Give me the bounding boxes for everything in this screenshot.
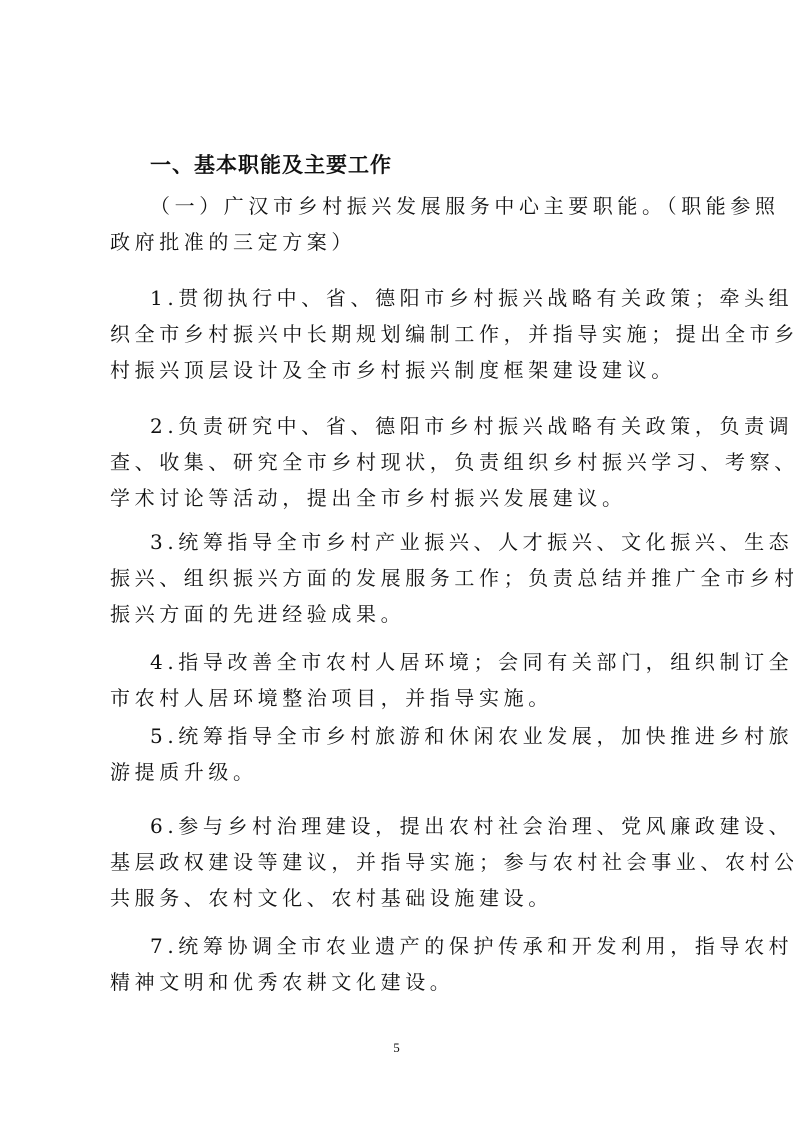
paragraph-line: 6.参与乡村治理建设，提出农村社会治理、党风廉政建设、 — [110, 808, 710, 844]
document-page: 一、基本职能及主要工作 （一）广汉市乡村振兴发展服务中心主要职能。（职能参照 政… — [0, 0, 793, 1122]
paragraph-line: （一）广汉市乡村振兴发展服务中心主要职能。（职能参照 — [110, 188, 710, 224]
paragraph-line: 精神文明和优秀农耕文化建设。 — [110, 964, 710, 1000]
paragraph-item-7: 7.统筹协调全市农业遗产的保护传承和开发利用，指导农村 精神文明和优秀农耕文化建… — [110, 928, 710, 1000]
paragraph-line: 村振兴顶层设计及全市乡村振兴制度框架建设建议。 — [110, 352, 710, 388]
paragraph-line: 基层政权建设等建议，并指导实施；参与农村社会事业、农村公 — [110, 844, 710, 880]
paragraph-line: 查、收集、研究全市乡村现状，负责组织乡村振兴学习、考察、 — [110, 444, 710, 480]
paragraph-item-4: 4.指导改善全市农村人居环境；会同有关部门，组织制订全 市农村人居环境整治项目，… — [110, 644, 710, 716]
paragraph-line: 游提质升级。 — [110, 754, 710, 790]
paragraph-line: 政府批准的三定方案） — [110, 224, 710, 260]
paragraph-item-1: 1.贯彻执行中、省、德阳市乡村振兴战略有关政策；牵头组 织全市乡村振兴中长期规划… — [110, 280, 710, 388]
page-number: 5 — [0, 1040, 793, 1056]
paragraph-line: 学术讨论等活动，提出全市乡村振兴发展建议。 — [110, 480, 710, 516]
paragraph-line: 7.统筹协调全市农业遗产的保护传承和开发利用，指导农村 — [110, 928, 710, 964]
paragraph-line: 4.指导改善全市农村人居环境；会同有关部门，组织制订全 — [110, 644, 710, 680]
paragraph-line: 市农村人居环境整治项目，并指导实施。 — [110, 680, 710, 716]
paragraph-item-6: 6.参与乡村治理建设，提出农村社会治理、党风廉政建设、 基层政权建设等建议，并指… — [110, 808, 710, 916]
paragraph-functions-intro: （一）广汉市乡村振兴发展服务中心主要职能。（职能参照 政府批准的三定方案） — [110, 188, 710, 260]
paragraph-line: 5.统筹指导全市乡村旅游和休闲农业发展，加快推进乡村旅 — [110, 718, 710, 754]
section-heading: 一、基本职能及主要工作 — [150, 150, 392, 180]
paragraph-line: 振兴方面的先进经验成果。 — [110, 596, 710, 632]
paragraph-line: 2.负责研究中、省、德阳市乡村振兴战略有关政策，负责调 — [110, 408, 710, 444]
paragraph-item-2: 2.负责研究中、省、德阳市乡村振兴战略有关政策，负责调 查、收集、研究全市乡村现… — [110, 408, 710, 516]
paragraph-line: 3.统筹指导全市乡村产业振兴、人才振兴、文化振兴、生态 — [110, 524, 710, 560]
paragraph-item-3: 3.统筹指导全市乡村产业振兴、人才振兴、文化振兴、生态 振兴、组织振兴方面的发展… — [110, 524, 710, 632]
paragraph-line: 共服务、农村文化、农村基础设施建设。 — [110, 880, 710, 916]
paragraph-line: 振兴、组织振兴方面的发展服务工作；负责总结并推广全市乡村 — [110, 560, 710, 596]
paragraph-line: 织全市乡村振兴中长期规划编制工作，并指导实施；提出全市乡 — [110, 316, 710, 352]
paragraph-item-5: 5.统筹指导全市乡村旅游和休闲农业发展，加快推进乡村旅 游提质升级。 — [110, 718, 710, 790]
paragraph-line: 1.贯彻执行中、省、德阳市乡村振兴战略有关政策；牵头组 — [110, 280, 710, 316]
